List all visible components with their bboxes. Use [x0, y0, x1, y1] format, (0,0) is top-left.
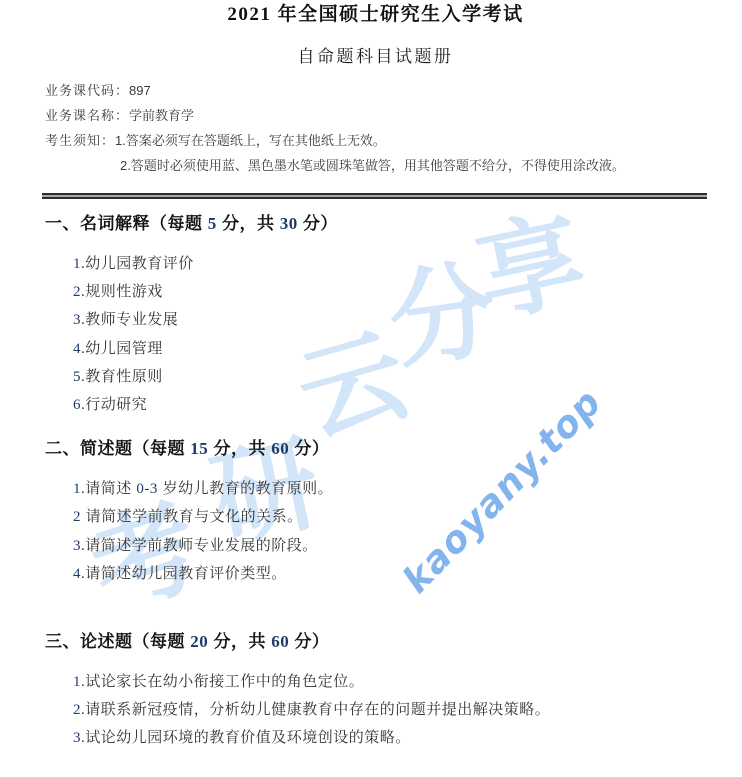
question-item: 1.请简述 0-3 岁幼儿教育的教育原则。: [73, 475, 706, 503]
divider-double-rule: [42, 193, 707, 199]
document-content: 2021 年全国硕士研究生入学考试 自命题科目试题册 业务课代码：897 业务课…: [0, 0, 742, 753]
page-subtitle: 自命题科目试题册: [45, 46, 706, 68]
question-item: 4.请简述幼儿园教育评价类型。: [73, 560, 706, 588]
section-item-list: 1.幼儿园教育评价2.规则性游戏3.教师专业发展4.幼儿园管理5.教育性原则6.…: [45, 250, 706, 419]
question-section: 二、简述题（每题 15 分，共 60 分） 1.请简述 0-3 岁幼儿教育的教育…: [45, 437, 706, 588]
question-item: 5.教育性原则: [73, 363, 706, 391]
section-heading: 三、论述题（每题 20 分，共 60 分）: [45, 630, 706, 654]
section-heading: 一、名词解释（每题 5 分，共 30 分）: [45, 212, 706, 236]
notice-line-1: 考生须知：1.答案必须写在答题纸上，写在其他纸上无效。: [45, 128, 706, 153]
question-section: 三、论述题（每题 20 分，共 60 分） 1.试论家长在幼小衔接工作中的角色定…: [45, 630, 706, 753]
course-name-value: 学前教育学: [129, 108, 194, 123]
question-sections: 一、名词解释（每题 5 分，共 30 分） 1.幼儿园教育评价2.规则性游戏3.…: [45, 212, 706, 753]
question-item: 3.请简述学前教师专业发展的阶段。: [73, 532, 706, 560]
section-item-list: 1.试论家长在幼小衔接工作中的角色定位。2.请联系新冠疫情，分析幼儿健康教育中存…: [45, 668, 706, 753]
section-item-list: 1.请简述 0-3 岁幼儿教育的教育原则。2 请简述学前教育与文化的关系。3.请…: [45, 475, 706, 588]
section-heading: 二、简述题（每题 15 分，共 60 分）: [45, 437, 706, 461]
notice-text-1: 1.答案必须写在答题纸上，写在其他纸上无效。: [115, 133, 386, 148]
question-item: 3.教师专业发展: [73, 306, 706, 334]
course-name-label: 业务课名称：: [45, 108, 129, 123]
page-title: 2021 年全国硕士研究生入学考试: [45, 0, 706, 27]
question-item: 2.请联系新冠疫情，分析幼儿健康教育中存在的问题并提出解决策略。: [73, 696, 706, 724]
notice-label: 考生须知：: [45, 133, 115, 148]
course-name-line: 业务课名称：学前教育学: [45, 103, 706, 128]
course-code-label: 业务课代码：: [45, 83, 129, 98]
question-item: 3.试论幼儿园环境的教育价值及环境创设的策略。: [73, 724, 706, 752]
notice-line-2: 2.答题时必须使用蓝、黑色墨水笔或圆珠笔做答，用其他答题不给分，不得使用涂改液。: [45, 153, 706, 178]
notice-text-2: 2.答题时必须使用蓝、黑色墨水笔或圆珠笔做答，用其他答题不给分，不得使用涂改液。: [120, 158, 625, 173]
exam-paper-page: 考研云分享 kaoyany.top 2021 年全国硕士研究生入学考试 自命题科…: [0, 0, 742, 777]
course-code-line: 业务课代码：897: [45, 78, 706, 103]
question-item: 4.幼儿园管理: [73, 335, 706, 363]
question-item: 2 请简述学前教育与文化的关系。: [73, 503, 706, 531]
question-item: 1.幼儿园教育评价: [73, 250, 706, 278]
course-code-value: 897: [129, 83, 151, 98]
question-item: 6.行动研究: [73, 391, 706, 419]
exam-info-block: 业务课代码：897 业务课名称：学前教育学 考生须知：1.答案必须写在答题纸上，…: [45, 78, 706, 178]
question-item: 1.试论家长在幼小衔接工作中的角色定位。: [73, 668, 706, 696]
question-section: 一、名词解释（每题 5 分，共 30 分） 1.幼儿园教育评价2.规则性游戏3.…: [45, 212, 706, 419]
question-item: 2.规则性游戏: [73, 278, 706, 306]
